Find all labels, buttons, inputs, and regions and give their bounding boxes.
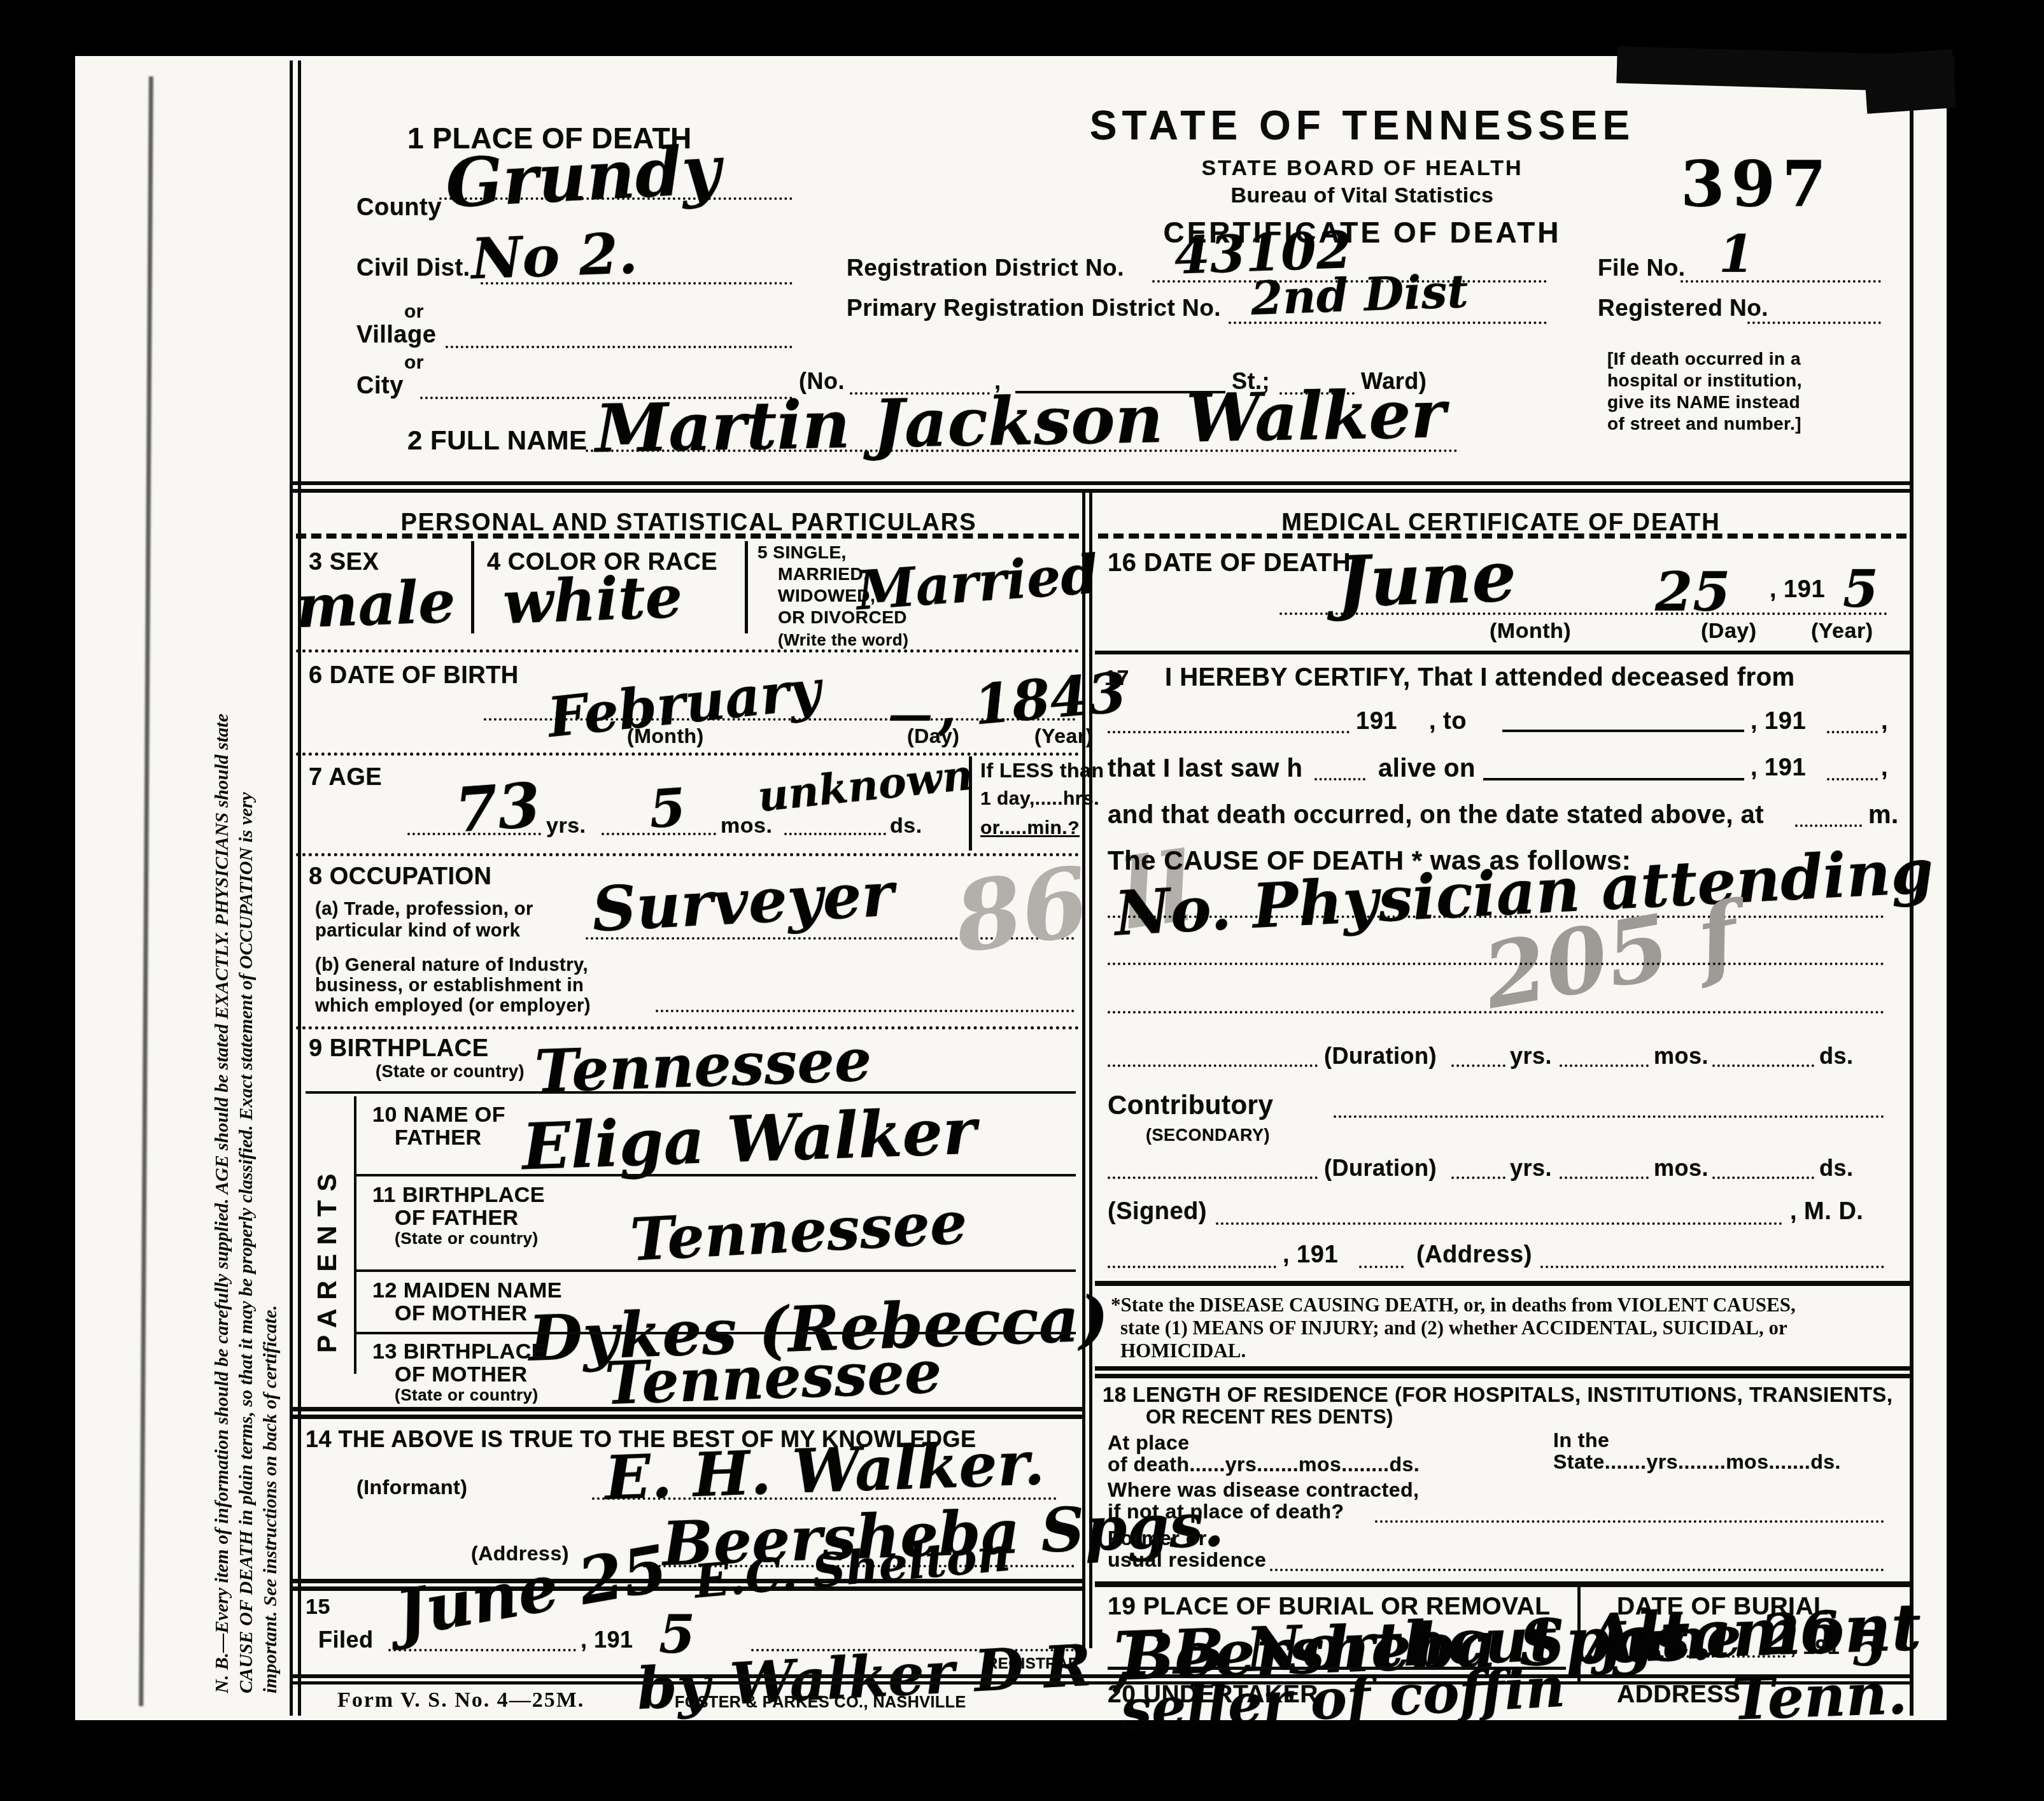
name-rule-2 [293,489,1914,493]
dob-year-sublabel: (Year) [1034,724,1093,748]
cause-line-3 [1108,1011,1884,1014]
certify-l4-text: and that death occurred, on the date sta… [1108,801,1764,830]
full-name-line [586,449,1458,452]
certify-l3-text: that I last saw h [1108,754,1302,783]
board-subtitle: STATE BOARD OF HEALTH [1202,156,1523,181]
sex-race-divider [471,541,474,633]
duration1-mos: mos. [1654,1043,1709,1070]
footnote-rule [1095,1281,1914,1286]
former-dots [1270,1569,1884,1571]
sign-date-dots-2 [1359,1266,1404,1268]
certify-l3-line [1483,778,1744,780]
age-mos-dots [602,833,716,835]
father-bp-sublabel: (State or country) [395,1229,539,1248]
parents-label: PARENTS [312,1085,342,1353]
margin-note-line: N. B.—Every item of information should b… [210,73,234,1693]
mother-maiden-line [356,1332,1076,1334]
in-state-label-2: State.......yrs........mos.......ds. [1553,1450,1841,1474]
duration2-ds: ds. [1819,1155,1854,1182]
file-no-label: File No. [1598,255,1686,281]
age-months-value: 5 [647,777,688,840]
footnote-line2: state (1) MEANS OF INJURY; and (2) wheth… [1120,1317,1787,1339]
certify-l2-dots2 [1827,731,1878,733]
certify-l2-line [1502,730,1744,732]
city-label: City [356,372,404,400]
residence-rule-1 [1095,1366,1914,1371]
certify-l3-alive: alive on [1378,754,1476,783]
contracted-label-2: if not at place of death? [1108,1500,1344,1523]
contracted-label-1: Where was disease contracted, [1108,1478,1419,1502]
sign-date-dots [1108,1266,1276,1268]
certify-l2-dots1 [1108,731,1350,733]
father-name-value: Eliga Walker [521,1094,977,1185]
registered-no-label: Registered No. [1598,295,1768,321]
hospital-note-line1: [If death occurred in a [1607,349,1801,369]
age-yrs-label: yrs. [546,814,586,838]
duration2-yrs: yrs. [1510,1155,1552,1182]
primary-registration-value: 2nd Dist [1250,264,1469,325]
at-place-label-1: At place [1108,1431,1189,1455]
certify-l3-191: , 191 [1751,754,1806,782]
duration1-dots-b [1560,1064,1649,1067]
dod-line [1279,612,1887,615]
registered-no-line [1747,321,1881,324]
hospital-note-line4: of street and number.] [1607,414,1801,434]
mother-bp-label-2: OF MOTHER [395,1362,527,1387]
at-place-label-2: of death......yrs.......mos........ds. [1108,1453,1420,1476]
residence-label-1: 18 LENGTH OF RESIDENCE (FOR HOSPITALS, I… [1103,1383,1892,1407]
certify-no: 17 [1104,666,1129,691]
father-bp-line [356,1269,1076,1272]
undertaker-address-label: ADDRESS [1617,1681,1740,1709]
row-rule-occ [296,1026,1079,1029]
state-note: Tenn. [1730,1660,1908,1734]
civil-dist-line [481,282,793,285]
margin-note-line: CAUSE OF DEATH in plain terms, so that i… [234,73,258,1693]
age-mos-label: mos. [721,814,772,838]
dod-label: 16 DATE OF DEATH [1108,549,1351,577]
footnote-line1: *State the DISEASE CAUSING DEATH, or, in… [1111,1294,1796,1317]
former-label-1: Former or [1108,1527,1207,1550]
dob-month-sublabel: (Month) [627,724,704,748]
dob-line [484,718,1076,721]
occupation-label: 8 OCCUPATION [309,863,492,891]
full-name-value: Martin Jackson Walker [595,374,1446,467]
occ-a-label-1: (a) Trade, profession, or [315,899,533,920]
contributory-label: Contributory [1108,1090,1273,1120]
dod-day-sublabel: (Day) [1701,619,1757,644]
residence-label-2: OR RECENT RES DENTS) [1146,1406,1393,1429]
certify-text: I HEREBY CERTIFY, That I attended deceas… [1165,663,1795,692]
village-line [446,346,793,348]
certify-l3-comma: , [1881,754,1888,782]
state-title: STATE OF TENNESSEE [1090,102,1635,149]
certify-l4-m: m. [1868,801,1899,830]
if-less-line3: or.....min.? [980,817,1080,839]
margin-note: N. B.—Every item of information should b… [210,73,283,1693]
in-state-label-1: In the [1553,1429,1609,1452]
county-line [439,197,793,200]
dod-rule [1095,651,1914,654]
dod-191: , 191 [1770,576,1825,604]
primary-registration-label: Primary Registration District No. [847,295,1221,321]
duration2-mos: mos. [1654,1155,1709,1182]
if-less-line1: If LESS than [980,759,1104,782]
mother-maiden-label-1: 12 MAIDEN NAME [372,1278,562,1303]
sign-address-label: (Address) [1416,1241,1532,1269]
duration1-label: (Duration) [1324,1043,1437,1070]
name-rule-1 [293,481,1914,485]
personal-section-title: PERSONAL AND STATISTICAL PARTICULARS [400,509,976,537]
father-bp-label-2: OF FATHER [395,1206,519,1231]
sex-value: male [295,567,456,642]
bureau-subtitle: Bureau of Vital Statistics [1231,183,1494,208]
certify-l4-dots [1795,824,1862,827]
age-yrs-dots [407,833,541,835]
duration2-label: (Duration) [1324,1155,1437,1182]
certify-l2-191b: , 191 [1751,708,1806,735]
occ-b-line [656,1010,1075,1012]
signed-dots [1216,1222,1782,1225]
father-bp-label-1: 11 BIRTHPLACE [372,1183,545,1208]
certify-l3-dots2 [1827,778,1878,780]
birthplace-sublabel: (State or country) [376,1062,525,1082]
duration2-dots-a [1451,1176,1505,1179]
margin-note-line: important. See instructions on back of c… [258,73,283,1693]
certify-l2-comma: , [1881,708,1888,735]
if-less-line2: 1 day,.....hrs. [980,788,1099,810]
duration2-dots-b [1560,1176,1649,1179]
age-ifless-divider [969,756,972,851]
dod-month-value: June [1336,535,1518,623]
duration1-lead-dots [1108,1064,1318,1067]
printer-credit: FOSTER & PARKES CO., NASHVILLE [675,1693,966,1712]
village-label: Village [356,321,436,349]
signed-label: (Signed) [1108,1198,1207,1225]
duration1-dots-a [1451,1064,1505,1067]
duration1-ds: ds. [1819,1043,1854,1070]
civil-dist-label: Civil Dist. [356,255,470,282]
residence-rule-2 [1095,1374,1914,1378]
father-name-label-1: 10 NAME OF [372,1103,505,1127]
mother-bp-sublabel: (State or country) [395,1385,539,1405]
county-value: Grundy [444,130,722,223]
race-value: white [502,562,684,637]
cause-line-1 [1108,915,1884,918]
duration2-lead-dots [1108,1176,1318,1179]
primary-registration-line [1229,321,1547,324]
dod-month-sublabel: (Month) [1490,619,1571,644]
footnote-line3: HOMICIDAL. [1120,1339,1246,1362]
contracted-dots [1375,1520,1884,1523]
race-marital-divider [745,541,748,633]
filed-191: , 191 [581,1627,633,1653]
age-ds-label: ds. [890,814,922,838]
marital-write-word: (Write the word) [778,630,908,650]
birthplace-value: Tennessee [533,1026,873,1106]
occ-b-label-1: (b) General nature of Industry, [315,955,588,976]
md-label: , M. D. [1790,1198,1863,1225]
registration-district-label: Registration District No. [847,255,1124,281]
sign-date-191: , 191 [1283,1241,1338,1269]
personal-title-rule [296,533,1079,539]
scanned-death-certificate: N. B.—Every item of information should b… [0,0,2044,1801]
father-name-label-2: FATHER [395,1126,481,1150]
mother-bp-value: Tennessee [603,1338,943,1418]
marital-label-1: 5 SINGLE, [758,542,847,563]
age-label: 7 AGE [309,764,382,791]
county-label: County [356,194,442,222]
duration1-dots-c [1712,1064,1814,1067]
burial-rule [1095,1581,1914,1587]
form-left-border-inner [298,60,301,1716]
contributory-dots [1334,1115,1884,1118]
dod-year-sublabel: (Year) [1811,619,1873,644]
duration2-dots-c [1712,1176,1814,1179]
or-word-1: or [404,301,424,323]
form-left-border [290,60,293,1716]
row-rule-age [296,853,1079,856]
certify-l2-191: 191 [1356,708,1397,735]
occ-b-label-2: business, or establishment in [315,975,584,996]
dob-label: 6 DATE OF BIRTH [309,662,519,689]
or-word-2: or [404,352,424,374]
file-no-line [1681,280,1881,283]
dod-year-digit: 5 [1843,559,1878,619]
form-number: Form V. S. No. 4—25M. [337,1688,584,1713]
full-name-label: 2 FULL NAME [407,425,587,456]
father-name-line [356,1174,1076,1176]
filed-dots [388,1649,576,1651]
mother-bp-label-1: 13 BIRTHPLACE [372,1339,546,1364]
filed-no: 15 [306,1595,330,1620]
hospital-note-line2: hospital or institution, [1607,371,1802,391]
filed-label: Filed [318,1627,374,1653]
informant-label: (Informant) [356,1476,467,1499]
certify-l2-to: , to [1429,708,1467,735]
age-ds-dots [784,833,886,835]
medical-section-title: MEDICAL CERTIFICATE OF DEATH [1281,509,1720,537]
mother-maiden-label-2: OF MOTHER [395,1301,527,1326]
occ-b-label-3: which employed (or employer) [315,996,591,1017]
truth-rule-1 [293,1407,1085,1411]
duration1-yrs: yrs. [1510,1043,1552,1070]
secondary-label: (SECONDARY) [1146,1126,1270,1145]
hospital-note-line3: give its NAME instead [1607,392,1800,413]
truth-rule-2 [293,1415,1085,1419]
row-rule-sex [296,649,1079,653]
certify-l3-dots1 [1315,778,1365,780]
dob-day-sublabel: (Day) [907,724,960,748]
cause-line-2 [1108,963,1884,965]
certificate-number: 397 [1681,146,1833,222]
civil-dist-value: No 2. [470,220,638,292]
birthplace-label: 9 BIRTHPLACE [309,1035,489,1063]
sign-address-dots [1540,1266,1884,1268]
occ-a-label-2: particular kind of work [315,921,521,942]
former-label-2: usual residence [1108,1548,1266,1572]
file-no-value: 1 [1719,224,1754,284]
